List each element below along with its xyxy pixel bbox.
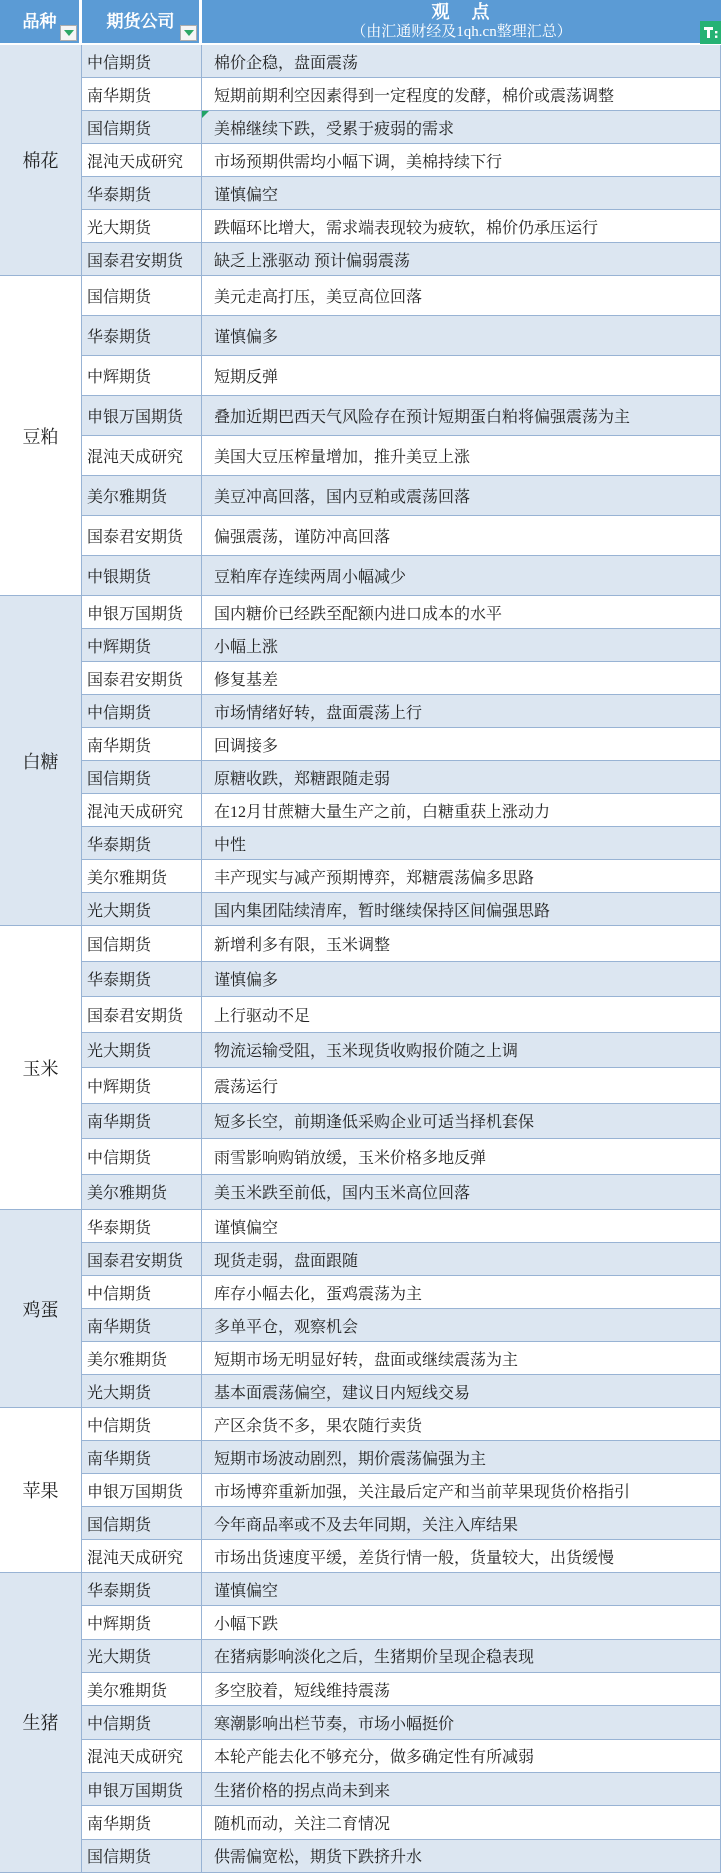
filter-dropdown-arrow-icon <box>64 30 74 36</box>
view-text: 修复基差 <box>214 667 278 690</box>
view-text: 美国大豆压榨量增加，推升美豆上涨 <box>214 444 470 467</box>
company-cell[interactable]: 光大期货 <box>82 1640 202 1672</box>
company-cell[interactable]: 光大期货 <box>82 893 202 925</box>
view-text: 谨慎偏空 <box>214 1578 278 1601</box>
table-row: 光大期货物流运输受阻，玉米现货收购报价随之上调 <box>82 1033 721 1069</box>
view-text: 库存小幅去化，蛋鸡震荡为主 <box>214 1281 422 1304</box>
company-name: 国泰君安期货 <box>87 1248 183 1271</box>
view-text: 本轮产能去化不够充分，做多确定性有所减弱 <box>214 1744 534 1767</box>
company-name: 中辉期货 <box>87 1074 151 1097</box>
view-text: 谨慎偏空 <box>214 182 278 205</box>
header-cell-view[interactable]: 观 点 （由汇通财经及1qh.cn整理汇总） <box>202 0 721 43</box>
table-row: 光大期货基本面震荡偏空，建议日内短线交易 <box>82 1375 721 1408</box>
company-name: 光大期货 <box>87 1644 151 1667</box>
table-row: 混沌天成研究市场出货速度平缓，差货行情一般，货量较大，出货缓慢 <box>82 1540 721 1573</box>
company-cell[interactable]: 国信期货 <box>82 276 202 315</box>
company-name: 南华期货 <box>87 1811 151 1834</box>
view-cell[interactable]: 市场出货速度平缓，差货行情一般，货量较大，出货缓慢 <box>202 1540 721 1572</box>
view-text: 缺乏上涨驱动 预计偏弱震荡 <box>214 248 410 271</box>
commodity-group: 棉花中信期货棉价企稳，盘面震荡南华期货短期前期利空因素得到一定程度的发酵，棉价或… <box>0 45 721 276</box>
view-text: 叠加近期巴西天气风险存在预计短期蛋白粕将偏强震荡为主 <box>214 404 630 427</box>
company-cell[interactable]: 混沌天成研究 <box>82 436 202 475</box>
view-cell[interactable]: 本轮产能去化不够充分，做多确定性有所减弱 <box>202 1740 721 1772</box>
company-name: 国泰君安期货 <box>87 1003 183 1026</box>
company-cell[interactable]: 国泰君安期货 <box>82 997 202 1032</box>
table-row: 南华期货随机而动，关注二育情况 <box>82 1806 721 1839</box>
company-name: 国信期货 <box>87 766 151 789</box>
view-text: 美元走高打压，美豆高位回落 <box>214 284 422 307</box>
commodity-group: 鸡蛋华泰期货谨慎偏空国泰君安期货现货走弱，盘面跟随中信期货库存小幅去化，蛋鸡震荡… <box>0 1210 721 1408</box>
view-cell[interactable]: 基本面震荡偏空，建议日内短线交易 <box>202 1375 721 1407</box>
company-cell[interactable]: 华泰期货 <box>82 1210 202 1242</box>
view-text: 谨慎偏多 <box>214 324 278 347</box>
commodity-cell[interactable]: 生猪 <box>0 1573 82 1873</box>
company-name: 美尔雅期货 <box>87 484 167 507</box>
view-cell[interactable]: 现货走弱，盘面跟随 <box>202 1243 721 1275</box>
company-cell[interactable]: 中信期货 <box>82 1408 202 1440</box>
company-cell[interactable]: 混沌天成研究 <box>82 1540 202 1572</box>
view-text: 棉价企稳，盘面震荡 <box>214 50 358 73</box>
company-cell[interactable]: 申银万国期货 <box>82 396 202 435</box>
view-cell[interactable]: 修复基差 <box>202 662 721 694</box>
table-row: 华泰期货谨慎偏多 <box>82 316 721 356</box>
view-text: 国内糖价已经跌至配额内进口成本的水平 <box>214 601 502 624</box>
company-name: 南华期货 <box>87 733 151 756</box>
view-cell[interactable]: 国内糖价已经跌至配额内进口成本的水平 <box>202 596 721 628</box>
view-cell[interactable]: 生猪价格的拐点尚未到来 <box>202 1773 721 1805</box>
header-view-title: 观 点 <box>432 2 492 23</box>
view-text: 谨慎偏空 <box>214 1215 278 1238</box>
view-cell[interactable]: 新增利多有限，玉米调整 <box>202 926 721 961</box>
table-row: 南华期货短期市场波动剧烈，期价震荡偏强为主 <box>82 1441 721 1474</box>
company-name: 国信期货 <box>87 1512 151 1535</box>
company-name: 混沌天成研究 <box>87 1744 183 1767</box>
company-cell[interactable]: 南华期货 <box>82 78 202 110</box>
table-row: 国信期货美棉继续下跌，受累于疲弱的需求 <box>82 111 721 144</box>
company-name: 国信期货 <box>87 932 151 955</box>
view-cell[interactable]: 美元走高打压，美豆高位回落 <box>202 276 721 315</box>
commodity-group: 玉米国信期货新增利多有限，玉米调整华泰期货谨慎偏多国泰君安期货上行驱动不足光大期… <box>0 926 721 1210</box>
group-rows: 国信期货美元走高打压，美豆高位回落华泰期货谨慎偏多中辉期货短期反弹申银万国期货叠… <box>82 276 721 596</box>
view-text: 随机而动，关注二育情况 <box>214 1811 390 1834</box>
company-cell[interactable]: 中辉期货 <box>82 1606 202 1638</box>
view-cell[interactable]: 美国大豆压榨量增加，推升美豆上涨 <box>202 436 721 475</box>
view-cell[interactable]: 雨雪影响购销放缓，玉米价格多地反弹 <box>202 1139 721 1174</box>
view-cell[interactable]: 缺乏上涨驱动 预计偏弱震荡 <box>202 243 721 275</box>
view-text: 市场博弈重新加强，关注最后定产和当前苹果现货价格指引 <box>214 1479 630 1502</box>
table-row: 美尔雅期货丰产现实与减产预期博弈，郑糖震荡偏多思路 <box>82 860 721 893</box>
view-text: 丰产现实与减产预期博弈，郑糖震荡偏多思路 <box>214 865 534 888</box>
view-text: 短期市场波动剧烈，期价震荡偏强为主 <box>214 1446 486 1469</box>
commodity-group: 豆粕国信期货美元走高打压，美豆高位回落华泰期货谨慎偏多中辉期货短期反弹申银万国期… <box>0 276 721 596</box>
view-text: 短期前期利空因素得到一定程度的发酵，棉价或震荡调整 <box>214 83 614 106</box>
view-cell[interactable]: 谨慎偏多 <box>202 962 721 997</box>
table-row: 国泰君安期货上行驱动不足 <box>82 997 721 1033</box>
company-cell[interactable]: 混沌天成研究 <box>82 144 202 176</box>
group-rows: 申银万国期货国内糖价已经跌至配额内进口成本的水平中辉期货小幅上涨国泰君安期货修复… <box>82 596 721 926</box>
view-text: 跌幅环比增大，需求端表现较为疲软，棉价仍承压运行 <box>214 215 598 238</box>
view-cell[interactable]: 美豆冲高回落，国内豆粕或震荡回落 <box>202 476 721 515</box>
table-row: 中辉期货震荡运行 <box>82 1068 721 1104</box>
view-cell[interactable]: 丰产现实与减产预期博弈，郑糖震荡偏多思路 <box>202 860 721 892</box>
company-cell[interactable]: 南华期货 <box>82 1104 202 1139</box>
company-cell[interactable]: 国泰君安期货 <box>82 243 202 275</box>
company-name: 国泰君安期货 <box>87 524 183 547</box>
view-cell[interactable]: 市场预期供需均小幅下调，美棉持续下行 <box>202 144 721 176</box>
company-name: 中辉期货 <box>87 1611 151 1634</box>
company-cell[interactable]: 中信期货 <box>82 45 202 77</box>
table-row: 国信期货美元走高打压，美豆高位回落 <box>82 276 721 316</box>
view-cell[interactable]: 叠加近期巴西天气风险存在预计短期蛋白粕将偏强震荡为主 <box>202 396 721 435</box>
view-cell[interactable]: 短期市场波动剧烈，期价震荡偏强为主 <box>202 1441 721 1473</box>
commodity-cell[interactable]: 鸡蛋 <box>0 1210 82 1408</box>
table-row: 国泰君安期货缺乏上涨驱动 预计偏弱震荡 <box>82 243 721 276</box>
view-cell[interactable]: 跌幅环比增大，需求端表现较为疲软，棉价仍承压运行 <box>202 210 721 242</box>
header-cell-variety[interactable]: 品种 <box>0 0 82 43</box>
view-text: 今年商品率或不及去年同期，关注入库结果 <box>214 1512 518 1535</box>
view-text: 美豆冲高回落，国内豆粕或震荡回落 <box>214 484 470 507</box>
commodity-group: 苹果中信期货产区余货不多，果农随行卖货南华期货短期市场波动剧烈，期价震荡偏强为主… <box>0 1408 721 1573</box>
company-name: 国信期货 <box>87 116 151 139</box>
company-name: 南华期货 <box>87 83 151 106</box>
commodity-cell[interactable]: 棉花 <box>0 45 82 276</box>
company-cell[interactable]: 国泰君安期货 <box>82 516 202 555</box>
company-cell[interactable]: 光大期货 <box>82 1033 202 1068</box>
company-name: 中辉期货 <box>87 364 151 387</box>
commodity-label: 鸡蛋 <box>23 1296 59 1322</box>
commodity-label: 白糖 <box>23 748 59 774</box>
view-text: 中性 <box>214 832 246 855</box>
company-cell[interactable]: 中信期货 <box>82 1139 202 1174</box>
company-cell[interactable]: 美尔雅期货 <box>82 476 202 515</box>
view-text: 市场预期供需均小幅下调，美棉持续下行 <box>214 149 502 172</box>
view-cell[interactable]: 在猪病影响淡化之后，生猪期价呈现企稳表现 <box>202 1640 721 1672</box>
table-row: 混沌天成研究市场预期供需均小幅下调，美棉持续下行 <box>82 144 721 177</box>
table-row: 国信期货原糖收跌，郑糖跟随走弱 <box>82 761 721 794</box>
company-name: 中银期货 <box>87 564 151 587</box>
company-name: 申银万国期货 <box>87 601 183 624</box>
company-cell[interactable]: 光大期货 <box>82 210 202 242</box>
table-row: 中信期货库存小幅去化，蛋鸡震荡为主 <box>82 1276 721 1309</box>
table-row: 美尔雅期货短期市场无明显好转，盘面或继续震荡为主 <box>82 1342 721 1375</box>
table-row: 申银万国期货市场博弈重新加强，关注最后定产和当前苹果现货价格指引 <box>82 1474 721 1507</box>
table-row: 光大期货国内集团陆续清库，暂时继续保持区间偏强思路 <box>82 893 721 926</box>
table-row: 混沌天成研究本轮产能去化不够充分，做多确定性有所减弱 <box>82 1740 721 1773</box>
table-row: 光大期货在猪病影响淡化之后，生猪期价呈现企稳表现 <box>82 1640 721 1673</box>
view-cell[interactable]: 谨慎偏空 <box>202 1573 721 1605</box>
table-row: 南华期货短多长空，前期逢低采购企业可适当择机套保 <box>82 1104 721 1140</box>
view-text: 原糖收跌，郑糖跟随走弱 <box>214 766 390 789</box>
company-cell[interactable]: 国泰君安期货 <box>82 1243 202 1275</box>
comment-marker-icon <box>202 111 209 118</box>
company-name: 中信期货 <box>87 1413 151 1436</box>
view-text: 豆粕库存连续两周小幅减少 <box>214 564 406 587</box>
view-cell[interactable]: 谨慎偏空 <box>202 1210 721 1242</box>
view-text: 物流运输受阻，玉米现货收购报价随之上调 <box>214 1038 518 1061</box>
view-cell[interactable]: 短期前期利空因素得到一定程度的发酵，棉价或震荡调整 <box>202 78 721 110</box>
table-row: 华泰期货谨慎偏空 <box>82 1210 721 1243</box>
company-cell[interactable]: 美尔雅期货 <box>82 860 202 892</box>
view-text: 偏强震荡，谨防冲高回落 <box>214 524 390 547</box>
view-cell[interactable]: 短期市场无明显好转，盘面或继续震荡为主 <box>202 1342 721 1374</box>
table-row: 华泰期货谨慎偏多 <box>82 962 721 998</box>
view-cell[interactable]: 产区余货不多，果农随行卖货 <box>202 1408 721 1440</box>
commodity-cell[interactable]: 玉米 <box>0 926 82 1210</box>
company-name: 混沌天成研究 <box>87 444 183 467</box>
commodity-label: 生猪 <box>23 1709 59 1735</box>
company-name: 美尔雅期货 <box>87 1678 167 1701</box>
view-cell[interactable]: 供需偏宽松，期货下跌挤升水 <box>202 1840 721 1872</box>
company-name: 美尔雅期货 <box>87 1180 167 1203</box>
company-name: 华泰期货 <box>87 324 151 347</box>
company-name: 光大期货 <box>87 1038 151 1061</box>
table-row: 中信期货市场情绪好转，盘面震荡上行 <box>82 695 721 728</box>
group-rows: 华泰期货谨慎偏空中辉期货小幅下跌光大期货在猪病影响淡化之后，生猪期价呈现企稳表现… <box>82 1573 721 1873</box>
view-cell[interactable]: 豆粕库存连续两周小幅减少 <box>202 556 721 595</box>
table-row: 国泰君安期货修复基差 <box>82 662 721 695</box>
company-cell[interactable]: 美尔雅期货 <box>82 1673 202 1705</box>
view-cell[interactable]: 物流运输受阻，玉米现货收购报价随之上调 <box>202 1033 721 1068</box>
view-text: 短多长空，前期逢低采购企业可适当择机套保 <box>214 1109 534 1132</box>
table-header: 品种 期货公司 观 点 （由汇通财经及1qh.cn整理汇总） <box>0 0 721 45</box>
view-cell[interactable]: 多单平仓，观察机会 <box>202 1309 721 1341</box>
company-cell[interactable]: 中银期货 <box>82 556 202 595</box>
company-cell[interactable]: 南华期货 <box>82 1309 202 1341</box>
commodity-group: 白糖申银万国期货国内糖价已经跌至配额内进口成本的水平中辉期货小幅上涨国泰君安期货… <box>0 596 721 926</box>
view-text: 多单平仓，观察机会 <box>214 1314 358 1337</box>
company-name: 中信期货 <box>87 700 151 723</box>
view-text: 小幅上涨 <box>214 634 278 657</box>
view-cell[interactable]: 短多长空，前期逢低采购企业可适当择机套保 <box>202 1104 721 1139</box>
company-name: 混沌天成研究 <box>87 799 183 822</box>
company-name: 国泰君安期货 <box>87 248 183 271</box>
view-cell[interactable]: 市场博弈重新加强，关注最后定产和当前苹果现货价格指引 <box>202 1474 721 1506</box>
table-row: 光大期货跌幅环比增大，需求端表现较为疲软，棉价仍承压运行 <box>82 210 721 243</box>
commodity-label: 豆粕 <box>23 423 59 449</box>
company-name: 华泰期货 <box>87 182 151 205</box>
company-cell[interactable]: 国信期货 <box>82 1507 202 1539</box>
table-row: 美尔雅期货多空胶着，短线维持震荡 <box>82 1673 721 1706</box>
company-cell[interactable]: 国信期货 <box>82 926 202 961</box>
company-cell[interactable]: 南华期货 <box>82 1441 202 1473</box>
group-rows: 中信期货棉价企稳，盘面震荡南华期货短期前期利空因素得到一定程度的发酵，棉价或震荡… <box>82 45 721 276</box>
company-name: 美尔雅期货 <box>87 865 167 888</box>
company-name: 混沌天成研究 <box>87 1545 183 1568</box>
view-text: 新增利多有限，玉米调整 <box>214 932 390 955</box>
company-name: 中信期货 <box>87 1711 151 1734</box>
company-name: 光大期货 <box>87 898 151 921</box>
company-name: 华泰期货 <box>87 1578 151 1601</box>
table-row: 南华期货短期前期利空因素得到一定程度的发酵，棉价或震荡调整 <box>82 78 721 111</box>
commodity-group: 生猪华泰期货谨慎偏空中辉期货小幅下跌光大期货在猪病影响淡化之后，生猪期价呈现企稳… <box>0 1573 721 1873</box>
view-cell[interactable]: 多空胶着，短线维持震荡 <box>202 1673 721 1705</box>
view-cell[interactable]: 库存小幅去化，蛋鸡震荡为主 <box>202 1276 721 1308</box>
table-row: 中辉期货小幅上涨 <box>82 629 721 662</box>
company-name: 南华期货 <box>87 1446 151 1469</box>
company-name: 国信期货 <box>87 1844 151 1867</box>
table-row: 美尔雅期货美玉米跌至前低，国内玉米高位回落 <box>82 1175 721 1211</box>
view-cell[interactable]: 原糖收跌，郑糖跟随走弱 <box>202 761 721 793</box>
company-name: 中信期货 <box>87 50 151 73</box>
table-row: 中信期货产区余货不多，果农随行卖货 <box>82 1408 721 1441</box>
company-name: 混沌天成研究 <box>87 149 183 172</box>
company-cell[interactable]: 南华期货 <box>82 1806 202 1838</box>
company-cell[interactable]: 华泰期货 <box>82 316 202 355</box>
company-name: 华泰期货 <box>87 1215 151 1238</box>
view-text: 上行驱动不足 <box>214 1003 310 1026</box>
table-row: 美尔雅期货美豆冲高回落，国内豆粕或震荡回落 <box>82 476 721 516</box>
view-cell[interactable]: 上行驱动不足 <box>202 997 721 1032</box>
view-text: 震荡运行 <box>214 1074 278 1097</box>
table-row: 华泰期货谨慎偏空 <box>82 177 721 210</box>
view-text: 国内集团陆续清库，暂时继续保持区间偏强思路 <box>214 898 550 921</box>
group-rows: 国信期货新增利多有限，玉米调整华泰期货谨慎偏多国泰君安期货上行驱动不足光大期货物… <box>82 926 721 1210</box>
view-cell[interactable]: 国内集团陆续清库，暂时继续保持区间偏强思路 <box>202 893 721 925</box>
view-text: 寒潮影响出栏节奏，市场小幅挺价 <box>214 1711 454 1734</box>
view-cell[interactable]: 市场情绪好转，盘面震荡上行 <box>202 695 721 727</box>
company-cell[interactable]: 混沌天成研究 <box>82 794 202 826</box>
company-name: 中辉期货 <box>87 634 151 657</box>
company-cell[interactable]: 中信期货 <box>82 1706 202 1738</box>
view-text: 生猪价格的拐点尚未到来 <box>214 1778 390 1801</box>
group-rows: 华泰期货谨慎偏空国泰君安期货现货走弱，盘面跟随中信期货库存小幅去化，蛋鸡震荡为主… <box>82 1210 721 1408</box>
table-row: 华泰期货谨慎偏空 <box>82 1573 721 1606</box>
commodity-label: 玉米 <box>23 1055 59 1081</box>
view-cell[interactable]: 小幅上涨 <box>202 629 721 661</box>
view-text: 供需偏宽松，期货下跌挤升水 <box>214 1844 422 1867</box>
table-row: 中信期货雨雪影响购销放缓，玉米价格多地反弹 <box>82 1139 721 1175</box>
commodity-cell[interactable]: 苹果 <box>0 1408 82 1573</box>
commodity-label: 苹果 <box>23 1477 59 1503</box>
view-text: 市场情绪好转，盘面震荡上行 <box>214 700 422 723</box>
table-row: 中信期货棉价企稳，盘面震荡 <box>82 45 721 78</box>
view-cell[interactable]: 寒潮影响出栏节奏，市场小幅挺价 <box>202 1706 721 1738</box>
view-cell[interactable]: 偏强震荡，谨防冲高回落 <box>202 516 721 555</box>
table-row: 混沌天成研究美国大豆压榨量增加，推升美豆上涨 <box>82 436 721 476</box>
table-row: 中银期货豆粕库存连续两周小幅减少 <box>82 556 721 596</box>
company-cell[interactable]: 华泰期货 <box>82 177 202 209</box>
company-cell[interactable]: 申银万国期货 <box>82 1773 202 1805</box>
view-cell[interactable]: 棉价企稳，盘面震荡 <box>202 45 721 77</box>
company-name: 光大期货 <box>87 1380 151 1403</box>
company-name: 华泰期货 <box>87 967 151 990</box>
table-row: 中辉期货小幅下跌 <box>82 1606 721 1639</box>
company-name: 光大期货 <box>87 215 151 238</box>
header-company-label: 期货公司 <box>107 7 175 36</box>
company-filter-dropdown-button[interactable] <box>180 25 197 41</box>
company-cell[interactable]: 南华期货 <box>82 728 202 760</box>
commodity-cell[interactable]: 白糖 <box>0 596 82 926</box>
view-cell[interactable]: 震荡运行 <box>202 1068 721 1103</box>
company-name: 华泰期货 <box>87 832 151 855</box>
table-row: 南华期货回调接多 <box>82 728 721 761</box>
table-row: 中信期货寒潮影响出栏节奏，市场小幅挺价 <box>82 1706 721 1739</box>
company-cell[interactable]: 中信期货 <box>82 1276 202 1308</box>
table-row: 中辉期货短期反弹 <box>82 356 721 396</box>
company-cell[interactable]: 国信期货 <box>82 111 202 143</box>
view-cell[interactable]: 短期反弹 <box>202 356 721 395</box>
header-view-subtitle: （由汇通财经及1qh.cn整理汇总） <box>351 24 571 41</box>
company-cell[interactable]: 华泰期货 <box>82 827 202 859</box>
company-cell[interactable]: 申银万国期货 <box>82 1474 202 1506</box>
filter-dropdown-arrow-icon <box>184 30 194 36</box>
company-cell[interactable]: 混沌天成研究 <box>82 1740 202 1772</box>
view-text: 多空胶着，短线维持震荡 <box>214 1678 390 1701</box>
company-name: 中信期货 <box>87 1145 151 1168</box>
view-cell[interactable]: 随机而动，关注二育情况 <box>202 1806 721 1838</box>
view-cell[interactable]: 谨慎偏空 <box>202 177 721 209</box>
view-cell[interactable]: 回调接多 <box>202 728 721 760</box>
view-text: 现货走弱，盘面跟随 <box>214 1248 358 1271</box>
company-name: 南华期货 <box>87 1109 151 1132</box>
company-name: 南华期货 <box>87 1314 151 1337</box>
company-cell[interactable]: 华泰期货 <box>82 1573 202 1605</box>
view-cell[interactable]: 今年商品率或不及去年同期，关注入库结果 <box>202 1507 721 1539</box>
view-text: 美棉继续下跌，受累于疲弱的需求 <box>214 116 454 139</box>
company-cell[interactable]: 国信期货 <box>82 761 202 793</box>
view-cell[interactable]: 美棉继续下跌，受累于疲弱的需求 <box>202 111 721 143</box>
company-name: 申银万国期货 <box>87 1778 183 1801</box>
table-row: 申银万国期货生猪价格的拐点尚未到来 <box>82 1773 721 1806</box>
table-row: 国泰君安期货现货走弱，盘面跟随 <box>82 1243 721 1276</box>
company-cell[interactable]: 美尔雅期货 <box>82 1175 202 1210</box>
view-cell[interactable]: 小幅下跌 <box>202 1606 721 1638</box>
table-row: 华泰期货中性 <box>82 827 721 860</box>
variety-filter-dropdown-button[interactable] <box>60 25 77 41</box>
header-cell-company[interactable]: 期货公司 <box>82 0 202 43</box>
company-cell[interactable]: 国泰君安期货 <box>82 662 202 694</box>
company-name: 国泰君安期货 <box>87 667 183 690</box>
company-cell[interactable]: 中信期货 <box>82 695 202 727</box>
group-rows: 中信期货产区余货不多，果农随行卖货南华期货短期市场波动剧烈，期价震荡偏强为主申银… <box>82 1408 721 1573</box>
company-cell[interactable]: 华泰期货 <box>82 962 202 997</box>
company-cell[interactable]: 光大期货 <box>82 1375 202 1407</box>
view-cell[interactable]: 在12月甘蔗糖大量生产之前，白糖重获上涨动力 <box>202 794 721 826</box>
view-text: 短期市场无明显好转，盘面或继续震荡为主 <box>214 1347 518 1370</box>
futures-opinion-table: 品种 期货公司 观 点 （由汇通财经及1qh.cn整理汇总） <box>0 0 721 1873</box>
company-cell[interactable]: 美尔雅期货 <box>82 1342 202 1374</box>
filter-funnel-icon[interactable] <box>700 21 721 44</box>
commodity-cell[interactable]: 豆粕 <box>0 276 82 596</box>
view-cell[interactable]: 美玉米跌至前低，国内玉米高位回落 <box>202 1175 721 1210</box>
company-cell[interactable]: 国信期货 <box>82 1840 202 1872</box>
company-cell[interactable]: 中辉期货 <box>82 629 202 661</box>
view-cell[interactable]: 谨慎偏多 <box>202 316 721 355</box>
table-row: 国泰君安期货偏强震荡，谨防冲高回落 <box>82 516 721 556</box>
view-text: 美玉米跌至前低，国内玉米高位回落 <box>214 1180 470 1203</box>
view-text: 产区余货不多，果农随行卖货 <box>214 1413 422 1436</box>
table-row: 申银万国期货叠加近期巴西天气风险存在预计短期蛋白粕将偏强震荡为主 <box>82 396 721 436</box>
view-text: 短期反弹 <box>214 364 278 387</box>
table-row: 申银万国期货国内糖价已经跌至配额内进口成本的水平 <box>82 596 721 629</box>
table-row: 国信期货供需偏宽松，期货下跌挤升水 <box>82 1840 721 1873</box>
company-cell[interactable]: 申银万国期货 <box>82 596 202 628</box>
view-text: 市场出货速度平缓，差货行情一般，货量较大，出货缓慢 <box>214 1545 614 1568</box>
view-text: 回调接多 <box>214 733 278 756</box>
view-text: 雨雪影响购销放缓，玉米价格多地反弹 <box>214 1145 486 1168</box>
view-text: 基本面震荡偏空，建议日内短线交易 <box>214 1380 470 1403</box>
view-text: 在猪病影响淡化之后，生猪期价呈现企稳表现 <box>214 1644 534 1667</box>
commodity-label: 棉花 <box>23 147 59 173</box>
company-name: 申银万国期货 <box>87 1479 183 1502</box>
view-text: 在12月甘蔗糖大量生产之前，白糖重获上涨动力 <box>214 799 550 822</box>
company-name: 国信期货 <box>87 284 151 307</box>
table-row: 国信期货今年商品率或不及去年同期，关注入库结果 <box>82 1507 721 1540</box>
company-name: 中信期货 <box>87 1281 151 1304</box>
company-cell[interactable]: 中辉期货 <box>82 1068 202 1103</box>
company-cell[interactable]: 中辉期货 <box>82 356 202 395</box>
view-cell[interactable]: 中性 <box>202 827 721 859</box>
